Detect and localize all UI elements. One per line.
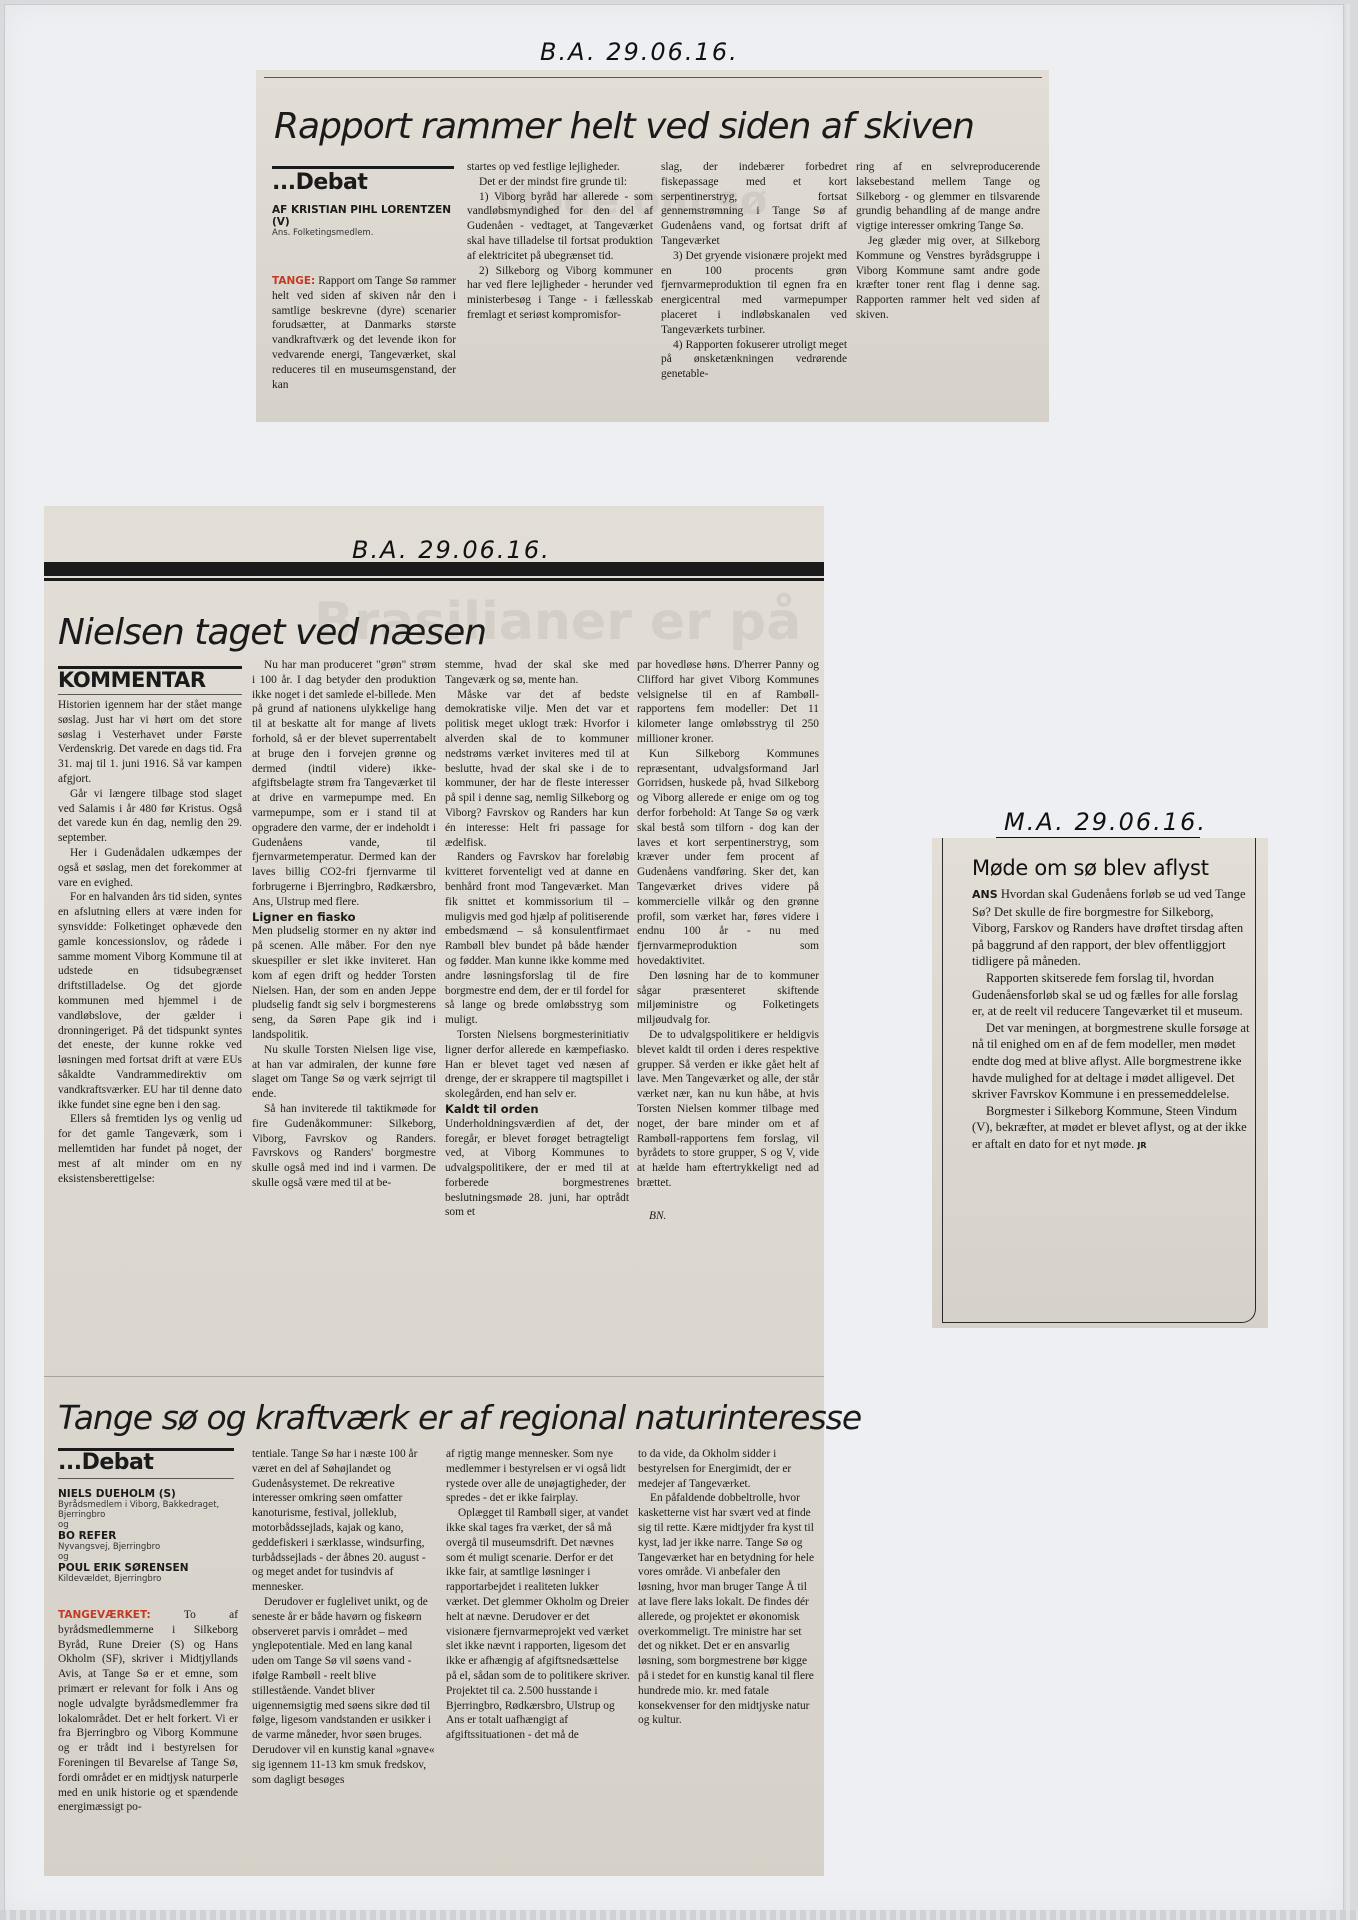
clip4-column-2: tentiale. Tange Sø har i næste 100 år væ… xyxy=(252,1447,436,1787)
clipping-mode-om-so: Møde om sø blev aflyst ANS Hvordan skal … xyxy=(932,838,1268,1328)
section-divider xyxy=(44,1376,824,1377)
kicker-underline xyxy=(58,1478,234,1479)
subhead-kaldt-til-orden: Kaldt til orden xyxy=(445,1102,629,1117)
byline-role: Ans. Folketingsmedlem. xyxy=(272,228,457,238)
clipping-nielsen-taget: B.A. 29.06.16. Brasilianer er på Nielsen… xyxy=(44,506,824,1876)
clip4-kicker: ...Debat xyxy=(58,1450,153,1475)
kicker-underline xyxy=(58,694,242,695)
sheet-protector-edge xyxy=(0,1910,1358,1920)
clip1-column-1: TANGE: Rapport om Tange Sø rammer helt v… xyxy=(272,274,456,392)
clip2-kicker: KOMMENTAR xyxy=(58,668,206,692)
kicker-rule xyxy=(272,166,454,169)
clip2-date-note: B.A. 29.06.16. xyxy=(352,536,551,564)
clipping-rapport-rammer: Møde om sø Rapport rammer helt ved siden… xyxy=(256,70,1049,422)
subhead-ligner-en-fiasko: Ligner en fiasko xyxy=(252,910,436,925)
lead-word: TANGEVÆRKET: xyxy=(58,1609,151,1621)
clip2-column-3: stemme, hvad der skal ske med Tangeværk … xyxy=(445,658,629,1220)
clip1-headline: Rapport rammer helt ved siden af skiven xyxy=(274,106,974,147)
byline-name: AF KRISTIAN PIHL LORENTZEN (V) xyxy=(272,204,457,228)
clip3-headline: Møde om sø blev aflyst xyxy=(972,856,1209,880)
clip2-signature: BN. xyxy=(637,1209,819,1224)
band-underline xyxy=(44,578,824,581)
clip4-column-4: to da vide, da Okholm sidder i bestyrels… xyxy=(638,1447,814,1728)
clip4-bylines: NIELS DUEHOLM (S) Byrådsmedlem i Viborg,… xyxy=(58,1488,238,1584)
clip4-column-3: af rigtig mange mennesker. Som nye medle… xyxy=(446,1447,630,1743)
lead-word: TANGE: xyxy=(272,275,315,287)
clip1-column-4: ring af en selvreproducerende laksebesta… xyxy=(856,160,1040,323)
clip1-column-2: startes op ved festlige lejligheder. Det… xyxy=(467,160,653,323)
clip1-byline: AF KRISTIAN PIHL LORENTZEN (V) Ans. Folk… xyxy=(272,204,457,238)
top-rule xyxy=(264,77,1042,78)
clip1-kicker: ...Debat xyxy=(272,170,367,195)
clip3-signature: JR xyxy=(1137,1141,1146,1150)
page-edge xyxy=(1346,4,1350,1910)
location-tag: ANS xyxy=(972,888,998,901)
clip2-column-1: Historien igennem har der stået mange sø… xyxy=(58,698,242,1186)
clip2-column-4: par hovedløse høns. D'herrer Panny og Cl… xyxy=(637,658,819,1223)
heavy-band xyxy=(44,562,824,576)
clip2-headline: Nielsen taget ved næsen xyxy=(58,612,486,653)
clip1-column-3: slag, der indebærer forbedret fiskepassa… xyxy=(661,160,847,382)
clip4-column-1: TANGEVÆRKET: To af byrådsmedlemmerne i S… xyxy=(58,1608,238,1815)
clip3-body: ANS Hvordan skal Gudenåens forløb se ud … xyxy=(972,886,1250,1155)
clip2-column-2: Nu har man produceret "grøn" strøm i 100… xyxy=(252,658,436,1191)
clip1-date-note: B.A. 29.06.16. xyxy=(540,38,739,66)
clip3-date-note: M.A. 29.06.16. xyxy=(1004,808,1207,836)
clip4-headline: Tange sø og kraftværk er af regional nat… xyxy=(58,1398,861,1437)
